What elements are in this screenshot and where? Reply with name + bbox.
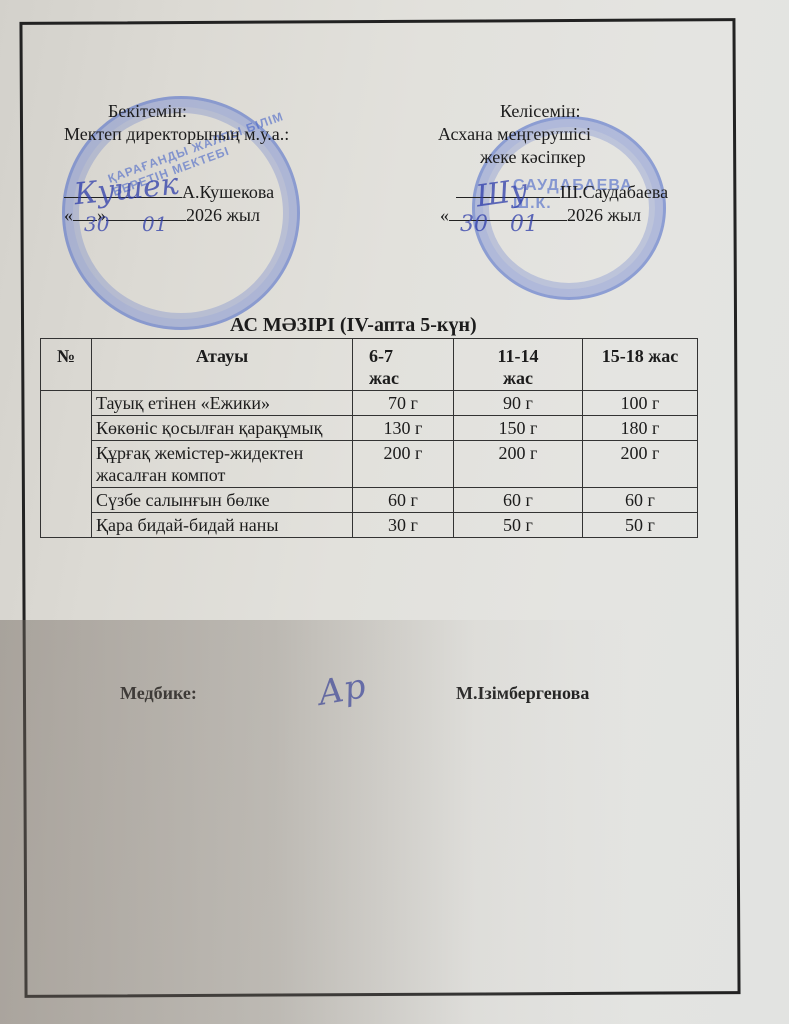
nurse-label: Медбике: <box>120 683 197 704</box>
quote-open: « <box>440 205 449 225</box>
portion-11-14: 60 г <box>454 488 583 513</box>
portion-6-7: 70 г <box>353 391 454 416</box>
approval-position: Мектеп директорының м.у.а.: <box>64 123 384 146</box>
dish-name: Көкөніс қосылған қарақұмық <box>92 416 353 441</box>
portion-11-14: 50 г <box>454 513 583 538</box>
header-age-15-18: 15-18 жас <box>583 339 698 391</box>
approval-date-month <box>106 220 186 221</box>
approval-heading: Бекітемін: <box>64 100 384 123</box>
portion-15-18: 180 г <box>583 416 698 441</box>
agreement-position: Асхана меңгерушісі <box>438 123 718 146</box>
dish-name: Сүзбе салынғын бөлке <box>92 488 353 513</box>
header-name: Атауы <box>92 339 353 391</box>
portion-15-18: 100 г <box>583 391 698 416</box>
agreement-block: Келісемін: Асхана меңгерушісі жеке кәсіп… <box>438 100 718 227</box>
approval-block: Бекітемін: Мектеп директорының м.у.а.: А… <box>64 100 384 227</box>
agreement-heading: Келісемін: <box>438 100 718 123</box>
portion-6-7: 130 г <box>353 416 454 441</box>
portion-15-18: 200 г <box>583 441 698 488</box>
nurse-name: М.Ізімбергенова <box>456 683 589 704</box>
portion-6-7: 60 г <box>353 488 454 513</box>
row-number-cell <box>41 391 92 538</box>
agreement-signer: Ш.Саудабаева <box>560 182 668 202</box>
quote-open: « <box>64 205 73 225</box>
portion-15-18: 50 г <box>583 513 698 538</box>
agreement-date-line <box>449 220 567 221</box>
approval-signature-line <box>64 197 182 198</box>
agreement-date-year: 2026 жыл <box>567 205 641 225</box>
approval-date-day <box>73 220 97 221</box>
agreement-signature-line <box>456 197 560 198</box>
header-no: № <box>41 339 92 391</box>
dish-name: Құрғақ жемістер-жидектен жасалған компот <box>92 441 353 488</box>
header-age-11-14: 11-14жас <box>454 339 583 391</box>
table-row: Құрғақ жемістер-жидектен жасалған компот… <box>41 441 698 488</box>
approval-date-year: 2026 жыл <box>186 205 260 225</box>
portion-11-14: 200 г <box>454 441 583 488</box>
table-row: Қара бидай-бидай наны30 г50 г50 г <box>41 513 698 538</box>
portion-6-7: 200 г <box>353 441 454 488</box>
portion-6-7: 30 г <box>353 513 454 538</box>
dish-name: Қара бидай-бидай наны <box>92 513 353 538</box>
portion-15-18: 60 г <box>583 488 698 513</box>
header-age-6-7: 6-7жас <box>353 339 454 391</box>
table-row: Тауық етінен «Ежики»70 г90 г100 г <box>41 391 698 416</box>
approval-signer: А.Кушекова <box>182 182 274 202</box>
dish-name: Тауық етінен «Ежики» <box>92 391 353 416</box>
menu-title: АС МӘЗІРІ (IV-апта 5-күн) <box>230 314 477 337</box>
portion-11-14: 150 г <box>454 416 583 441</box>
quote-close: » <box>97 205 106 225</box>
table-row: Сүзбе салынғын бөлке60 г60 г60 г <box>41 488 698 513</box>
table-header-row: № Атауы 6-7жас 11-14жас 15-18 жас <box>41 339 698 391</box>
table-row: Көкөніс қосылған қарақұмық130 г150 г180 … <box>41 416 698 441</box>
menu-table: № Атауы 6-7жас 11-14жас 15-18 жас Тауық … <box>40 338 698 538</box>
portion-11-14: 90 г <box>454 391 583 416</box>
agreement-position-2: жеке кәсіпкер <box>438 146 718 169</box>
